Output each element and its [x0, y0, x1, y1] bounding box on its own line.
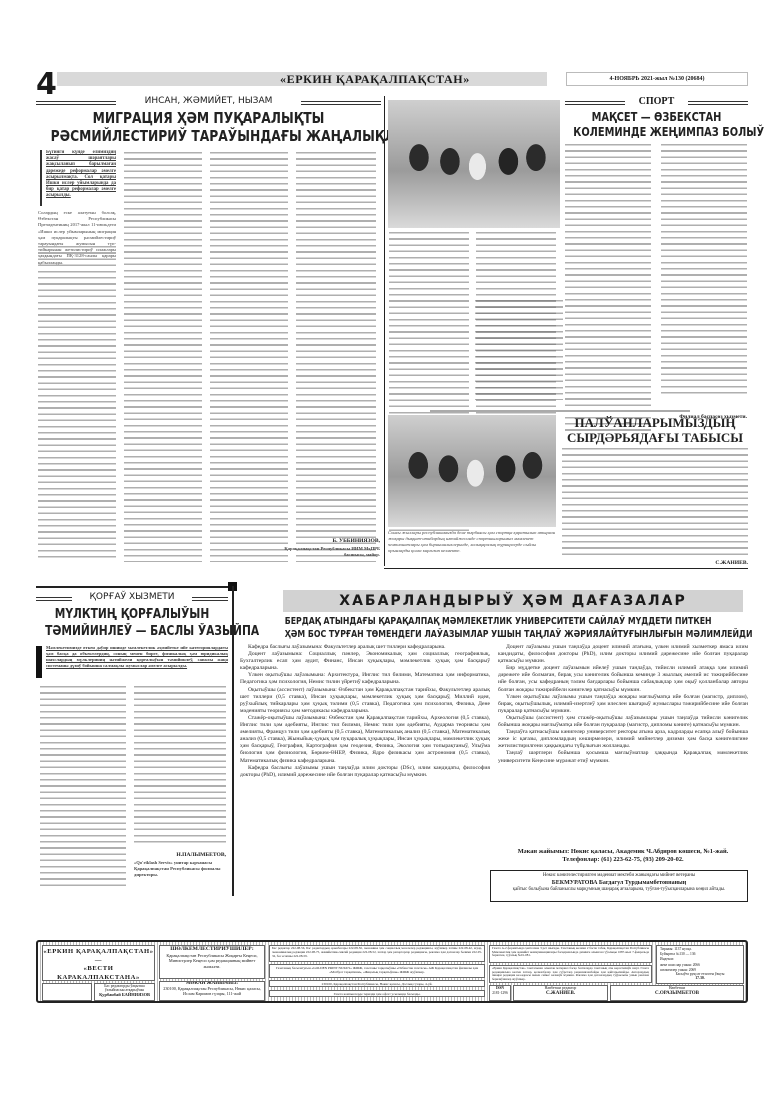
security-author-title: «Qo'riklash Servis» унитар кәрханасы Қар…	[134, 860, 226, 878]
headline-line-2: РӘСМИЙЛЕСТИРИЎ ТАРАЎЫНДАҒЫ ЖАҢАЛЫҚЛАР	[51, 128, 367, 145]
rubric-label: ҚОРҒАЎ ХЫЗМЕТИ	[72, 592, 192, 602]
headline-line-1: МАҚСЕТ — ӨЗБЕКСТАН	[581, 110, 731, 124]
newspaper-title: «ЕРКИН ҚАРАҚАЛПАҚСТАН»	[280, 72, 470, 86]
founders-title: ШӨЛКЕМЛЕСТИРИЎШИЛЕР:	[160, 946, 264, 953]
phones-block: Бас редактор 222-08-56, Бас редактордың …	[269, 945, 485, 962]
duty-editor-block: Навбетши редактор С.ЖАНИЕВ.	[513, 985, 608, 1001]
text-column-1	[38, 246, 116, 562]
rubric-rule-right	[301, 101, 381, 105]
paper-name-russian: «ВЕСТИ КАРАКАЛПАКСТАНА»	[43, 965, 154, 981]
address-block: МӘКАН ЖАЙЫМЫЗ: 230100, Қарақалпақстан Ре…	[159, 981, 265, 1001]
announcement-paragraph: Кафедра баслығы лаўазымы ушын таңлаўда и…	[240, 765, 490, 779]
founders-text: Қарақалпақстан Республикасы Жоқарғы Кеңе…	[160, 953, 264, 969]
rubric-rule-left	[565, 101, 625, 105]
wrestlers-photo-caption: Сонғы жыллары республикамызда дене тәрби…	[388, 530, 556, 558]
designer-block: Навбетши С.ОРАЗЫМБЕТОВ	[610, 985, 744, 1001]
editor-building-photo	[42, 983, 92, 1001]
rubric-rule-right	[192, 597, 228, 601]
announcement-title-1: БЕРДАҚ АТЫНДАҒЫ ҚАРАҚАЛПАҚ МӘМЛЕКЕТЛИК У…	[285, 616, 711, 628]
announcement-paragraph: Оқытыўшы (ассистент) лаўазымына: Өзбекст…	[240, 687, 490, 715]
section-divider	[430, 410, 690, 412]
article-security: ҚОРҒАЎ ХЫЗМЕТИ МҮЛКТИҢ ҚОРҒАЛЫЎЫН ТӘМИЙИ…	[36, 590, 228, 890]
announcement-left-column: Кафедра баслығы лаўазымына: Факультетлер…	[240, 644, 490, 890]
condolence-line-2: қайтыс болыўына байланыслы марқумның шаң…	[495, 887, 743, 893]
announcement-paragraph: Кафедра баслығы лаўазымына: Факультетлер…	[240, 644, 490, 651]
announcement-right-column: Доцент лаўазымы ушын таңлаўда доцент или…	[498, 644, 748, 844]
wrestlers-headline-2: СЫРДӘРЬЯДАҒЫ ТАБЫСЫ	[555, 430, 755, 445]
security-author: Н.ПАЛЫМБЕТОВ,	[134, 852, 226, 858]
wrestlers-text	[562, 448, 748, 556]
wrestlers-photo	[388, 415, 556, 527]
text-column-2	[124, 152, 202, 562]
issn-number: 2181-1296	[490, 991, 510, 996]
paper-name-karakalpak: «ЕРКИН ҚАРАҚАЛПАҚСТАН» —	[43, 948, 154, 965]
migration-author: Б. УББИНИЯЗОВ,	[270, 538, 380, 544]
text-column-2	[661, 144, 747, 394]
text-column-2	[134, 686, 226, 846]
announcement-paragraph: Доцент лаўазымына: Социаллық пәнлер, Эко…	[240, 651, 490, 672]
ceremony-photo	[388, 100, 560, 228]
phone-line: Телефонлар: (61) 223-62-75, (93) 209-20-…	[498, 856, 748, 864]
wrestlers-headline-1: ПАЛЎАНЛАРЫМЫЗДЫҢ	[555, 415, 755, 430]
address-text: 230100, Қарақалпақстан Республикасы, Нөк…	[160, 987, 264, 997]
rubric-label: СПОРТ	[625, 96, 688, 107]
wrestlers-author: С.ЖАНИЕВ.	[640, 560, 748, 566]
imprint-footer: «ЕРКИН ҚАРАҚАЛПАҚСТАН» — «ВЕСТИ КАРАКАЛП…	[36, 940, 748, 1003]
headline-line-1: МҮЛКТИҢ ҚОРҒАЛЫЎЫН	[53, 607, 210, 622]
issn-block: ISSN 2181-1296	[489, 985, 511, 1001]
rubric-rule-left	[36, 597, 72, 601]
ads-section-header: ХАБАРЛАНДЫРЫЎ ҲӘМ ДАҒАЗАЛАР	[283, 590, 743, 612]
designer-name: С.ОРАЗЫМБЕТОВ	[611, 991, 743, 996]
headline-line-2: КОЛЕМИНДЕ ЖЕҢИМПАЗ БОЛЫЎ	[573, 125, 739, 139]
editor-name: Қурбанбай БАЙНИЯЗОВ	[95, 993, 154, 997]
announcement-paragraph: Доцент лаўазымы ушын таңлаўда доцент или…	[498, 644, 748, 665]
announcement-address: Мәкан жайымыз: Нөкис қаласы, Академик Ч.…	[498, 848, 748, 864]
announcement-paragraph: Үлкен оқытыўшы лаўазымы ушын таңлаўда жо…	[498, 694, 748, 715]
text-column-1	[565, 144, 651, 434]
announcement-paragraph: Оқытыўшы (ассистент) ҳәм стажёр-оқытыўшы…	[498, 715, 748, 729]
lead-bar	[40, 150, 42, 206]
article-lead: Бүгинги күнде елимиздиң жасаў шәраятлары…	[46, 150, 116, 208]
typeset-note: Газета компьютерде терилди ҳәм офсет усы…	[269, 990, 485, 997]
divider	[384, 568, 748, 569]
announcement-paragraph: Үлкен оқытыўшы лаўазымына: Архитектура, …	[240, 672, 490, 686]
lead-bar	[36, 646, 42, 678]
printer-block: Газетаның басылатуғын «GOLDEN PRINT NUKU…	[269, 964, 485, 978]
registration-block: Газета А-2 форматында ҳәптесине 3 рет шы…	[489, 945, 652, 963]
column-divider	[384, 96, 385, 566]
print-time: 17.30.	[657, 976, 743, 980]
migration-author-title: Қарақалпақстан Республикасы ИИМ МҳПРБ ба…	[270, 546, 380, 558]
rubric-label: ИНСАН, ЖӘМИЙЕТ, НЫЗАМ	[116, 96, 301, 106]
text-column-3	[210, 152, 288, 562]
notes-block: «Еркин Қарақалпақстан» газетасынан алынғ…	[489, 965, 652, 983]
article-migration: ИНСАН, ЖӘМИЙЕТ, НЫЗАМ МИГРАЦИЯ ҲӘМ ПУҚАР…	[36, 96, 381, 566]
rubric-rule-right	[688, 101, 748, 105]
article-lead: Мәмлекетимизде өткен дәўир ишинде мәмлек…	[46, 645, 228, 681]
printer-address: 230100, Қарақалпақстан Республикасы, Нөк…	[269, 980, 485, 987]
text-column-4	[296, 152, 376, 562]
announcement-paragraph: Таңлаў шәртлери бойынша қосымша мағлыўма…	[498, 750, 748, 764]
editor-block: Бас редакторды ўақытша ўазыйпасын атқары…	[94, 983, 155, 1001]
address-line: Мәкан жайымыз: Нөкис қаласы, Академик Ч.…	[498, 848, 748, 856]
rubric-rule-left	[36, 101, 116, 105]
condolence-notice: Нөкис кәнигелестирилген мәдениат мектеби…	[490, 870, 748, 902]
print-time-block: Басыўға руқсат етилген ўақты 17.30.	[656, 972, 744, 984]
announcement-paragraph: Таңлаўға қатнасыўшы кәнигелер университе…	[498, 729, 748, 750]
announcement-paragraph: Бир мүддетке доцент лаўазымын ийелеў ушы…	[498, 665, 748, 693]
article-sport: СПОРТ МАҚСЕТ — ӨЗБЕКСТАН КОЛЕМИНДЕ ЖЕҢИМ…	[565, 96, 748, 446]
duty-editor-name: С.ЖАНИЕВ.	[514, 991, 607, 996]
founders-block: ШӨЛКЕМЛЕСТИРИЎШИЛЕР: Қарақалпақстан Респ…	[159, 945, 265, 979]
paper-names: «ЕРКИН ҚАРАҚАЛПАҚСТАН» — «ВЕСТИ КАРАКАЛП…	[42, 945, 155, 981]
announcement-title-2: ҲӘМ БОС ТУРҒАН ТӨМЕНДЕГИ ЛАЎАЗЫМЛАР УШЫН…	[285, 629, 711, 641]
headline-line-2: ТӘМИЙИНЛЕЎ — БАСЛЫ ЎАЗЫЙПА	[45, 624, 219, 639]
issue-info: 4-НОЯБРЬ 2021-жыл №130 (20684)	[566, 72, 748, 86]
text-column-1	[40, 686, 126, 890]
text-column-7	[475, 300, 563, 400]
headline-line-1: МИГРАЦИЯ ҲӘМ ПУҚАРАЛЫҚТЫ	[67, 110, 350, 127]
condolence-name: БЕКМУРАТОВА Багдагул Турдымамбетовнаның	[495, 879, 743, 887]
section-rule	[36, 586, 236, 588]
announcement-paragraph: Стажёр-оқытыўшы лаўазымына: Өзбекстан ҳә…	[240, 715, 490, 765]
